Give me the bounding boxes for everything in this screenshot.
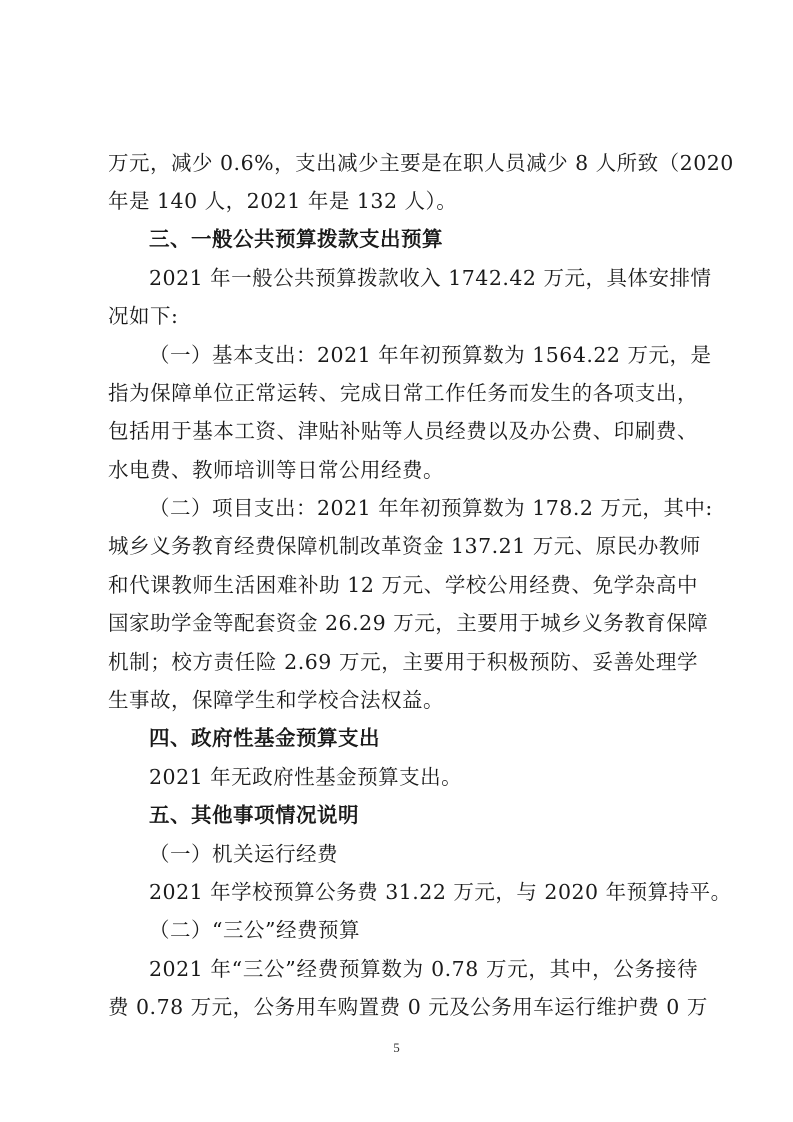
paragraph-line: 2021 年学校预算公务费 31.22 万元，与 2020 年预算持平。 xyxy=(149,879,698,905)
paragraph-line: 况如下: xyxy=(108,303,698,329)
paragraph-line: 机制；校方责任险 2.69 万元，主要用于积极预防、妥善处理学 xyxy=(108,649,698,675)
paragraph-line: （二）项目支出：2021 年年初预算数为 178.2 万元，其中: xyxy=(149,495,698,521)
paragraph-line: 国家助学金等配套资金 26.29 万元，主要用于城乡义务教育保障 xyxy=(108,610,698,636)
paragraph-line: 2021 年一般公共预算拨款收入 1742.42 万元，具体安排情 xyxy=(149,265,698,291)
paragraph-line: 费 0.78 万元，公务用车购置费 0 元及公务用车运行维护费 0 万 xyxy=(108,994,698,1020)
paragraph-line: 水电费、教师培训等日常公用经费。 xyxy=(108,457,698,483)
paragraph-line: 生事故，保障学生和学校合法权益。 xyxy=(108,687,698,713)
section-heading-4: 四、政府性基金预算支出 xyxy=(149,725,698,751)
section-heading-3: 三、一般公共预算拨款支出预算 xyxy=(149,226,698,252)
paragraph-line: 2021 年“三公”经费预算数为 0.78 万元，其中，公务接待 xyxy=(149,956,698,982)
document-page: 万元，减少 0.6%，支出减少主要是在职人员减少 8 人所致（2020 年是 1… xyxy=(0,0,793,1122)
subsection-heading: （二）“三公”经费预算 xyxy=(149,917,698,943)
paragraph-line: 指为保障单位正常运转、完成日常工作任务而发生的各项支出， xyxy=(108,380,698,406)
paragraph-line: 城乡义务教育经费保障机制改革资金 137.21 万元、原民办教师 xyxy=(108,533,698,559)
paragraph-line: （一）基本支出：2021 年年初预算数为 1564.22 万元，是 xyxy=(149,342,698,368)
paragraph-line: 和代课教师生活困难补助 12 万元、学校公用经费、免学杂高中 xyxy=(108,572,698,598)
paragraph-line: 万元，减少 0.6%，支出减少主要是在职人员减少 8 人所致（2020 xyxy=(108,150,698,176)
paragraph-line: 2021 年无政府性基金预算支出。 xyxy=(149,764,698,790)
paragraph-line: 包括用于基本工资、津贴补贴等人员经费以及办公费、印刷费、 xyxy=(108,418,698,444)
subsection-heading: （一）机关运行经费 xyxy=(149,841,698,867)
page-number: 5 xyxy=(0,1040,793,1056)
section-heading-5: 五、其他事项情况说明 xyxy=(149,802,698,828)
paragraph-line: 年是 140 人，2021 年是 132 人）。 xyxy=(108,188,698,214)
